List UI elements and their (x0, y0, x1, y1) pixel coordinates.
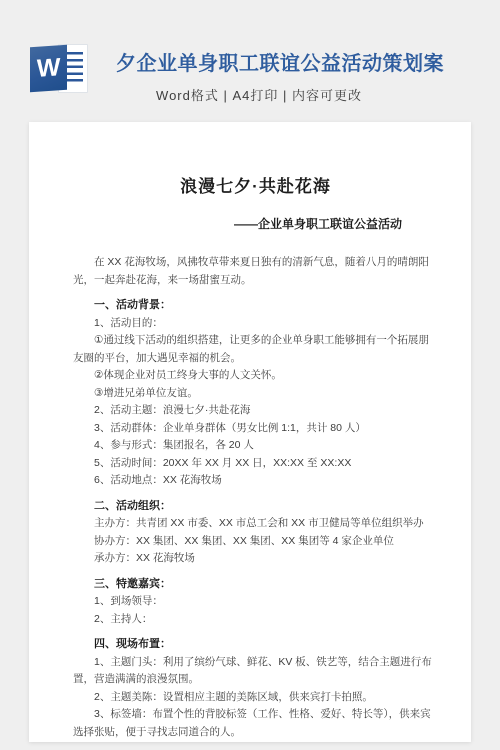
doc-paragraph: 在 XX 花海牧场，风拂牧草带来夏日独有的清新气息，随着八月的晴朗阳光，一起奔赴… (73, 254, 438, 289)
doc-paragraph: ②体现企业对员工终身大事的人文关怀。 (73, 367, 438, 385)
doc-paragraph: 2、主题美陈：设置相应主题的美陈区域，供来宾打卡拍照。 (73, 689, 438, 707)
doc-paragraph: 主办方：共青团 XX 市委、XX 市总工会和 XX 市卫健局等单位组织举办 (73, 515, 438, 533)
doc-paragraph: 2、活动主题：浪漫七夕·共赴花海 (73, 402, 438, 420)
doc-paragraph: 1、主题门头：利用了缤纷气球、鲜花、KV 板、铁艺等，结合主题进行布置，营造满满… (73, 654, 438, 689)
doc-title: 浪漫七夕·共赴花海 (73, 172, 438, 197)
doc-paragraph: ③增进兄弟单位友谊。 (73, 385, 438, 403)
doc-paragraph: 1、活动目的： (73, 315, 438, 333)
doc-heading: 二、活动组织： (73, 498, 438, 516)
doc-subtitle: ——企业单身职工联谊公益活动 (234, 216, 402, 232)
doc-paragraph: 承办方：XX 花海牧场 (73, 550, 438, 568)
doc-heading: 一、活动背景： (73, 297, 438, 315)
doc-paragraph: 协办方：XX 集团、XX 集团、XX 集团、XX 集团等 4 家企业单位 (73, 533, 438, 551)
doc-paragraph: 3、标签墙：布置个性的背胶标签（工作、性格、爱好、特长等），供来宾选择张贴，便于… (73, 706, 438, 741)
doc-heading: 四、现场布置： (73, 636, 438, 654)
site-header: W 夕企业单身职工联谊公益活动策划案 Word格式 | A4打印 | 内容可更改 (0, 0, 500, 122)
page-title: 夕企业单身职工联谊公益活动策划案 (116, 47, 444, 76)
doc-paragraph: 6、活动地点：XX 花海牧场 (73, 472, 438, 490)
doc-heading: 三、特邀嘉宾： (73, 576, 438, 594)
file-format-meta: Word格式 | A4打印 | 内容可更改 (0, 85, 500, 104)
document-body: 在 XX 花海牧场，风拂牧草带来夏日独有的清新气息，随着八月的晴朗阳光，一起奔赴… (73, 254, 438, 741)
doc-paragraph: ①通过线下活动的组织搭建，让更多的企业单身职工能够拥有一个拓展朋友圈的平台，加大… (73, 332, 438, 367)
doc-paragraph: 4、参与形式：集团报名，各 20 人 (73, 437, 438, 455)
doc-paragraph: 1、到场领导： (73, 593, 438, 611)
doc-paragraph: 3、活动群体：企业单身群体（男女比例 1:1，共计 80 人） (73, 420, 438, 438)
document-page: 浪漫七夕·共赴花海 ——企业单身职工联谊公益活动 在 XX 花海牧场，风拂牧草带… (29, 122, 471, 742)
doc-paragraph: 5、活动时间：20XX 年 XX 月 XX 日，XX:XX 至 XX:XX (73, 455, 438, 473)
doc-paragraph: 2、主持人： (73, 611, 438, 629)
